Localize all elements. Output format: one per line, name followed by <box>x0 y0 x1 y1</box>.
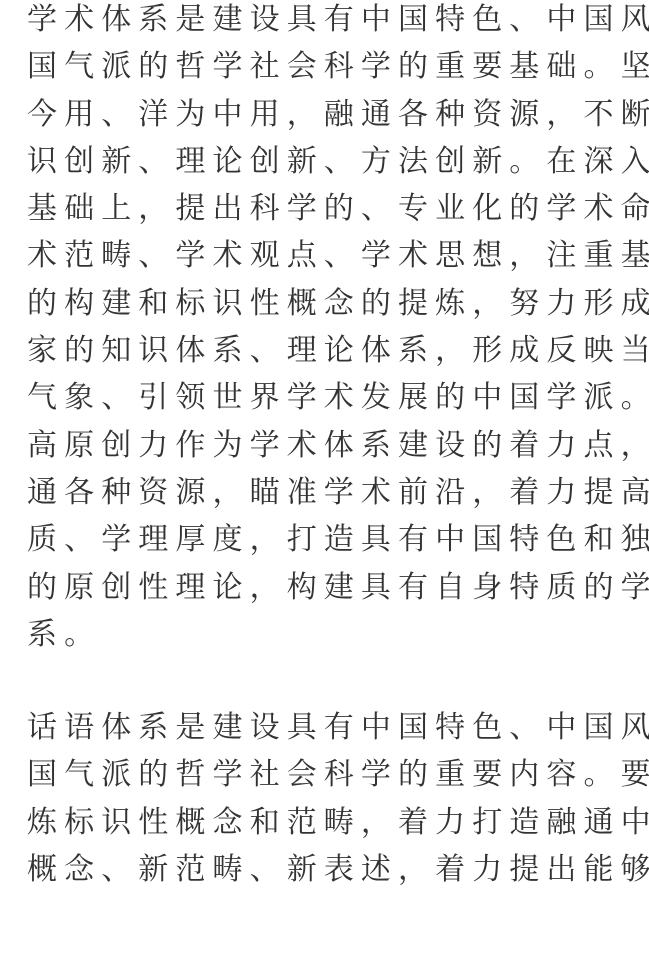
text-line: 炼标识性概念和范畴，着力打造融通中外的新 <box>27 799 627 846</box>
text-line: 基础上，提出科学的、专业化的学术命题、学 <box>27 185 627 232</box>
text-line: 今用、洋为中用，融通各种资源，不断推进知 <box>27 91 627 138</box>
text-line: 概念、新范畴、新表述，着力提出能够体现中 <box>27 846 627 893</box>
text-line: 气象、引领世界学术发展的中国学派。要把提 <box>27 374 627 421</box>
text-line: 术范畴、学术观点、学术思想，注重基本理论 <box>27 232 627 279</box>
text-line: 话语体系是建设具有中国特色、中国风格、中 <box>27 704 627 751</box>
text-line: 的构建和标识性概念的提炼，努力形成自成一 <box>27 280 627 327</box>
article-body: 学术体系是建设具有中国特色、中国风格、中 国气派的哲学社会科学的重要基础。坚持古… <box>27 0 627 939</box>
paragraph-academic-system: 学术体系是建设具有中国特色、中国风格、中 国气派的哲学社会科学的重要基础。坚持古… <box>27 0 627 658</box>
text-line: 系。 <box>27 611 627 658</box>
text-line: 高原创力作为学术体系建设的着力点，善于融 <box>27 422 627 469</box>
text-line: 识创新、理论创新、方法创新。在深入研究的 <box>27 138 627 185</box>
text-line: 国气派的哲学社会科学的重要内容。要善于提 <box>27 751 627 798</box>
text-line: 家的知识体系、理论体系，形成反映当代中国 <box>27 327 627 374</box>
text-line: 的原创性理论，构建具有自身特质的学术体 <box>27 564 627 611</box>
text-line: 质、学理厚度，打造具有中国特色和独特优势 <box>27 516 627 563</box>
text-line: 国气派的哲学社会科学的重要基础。坚持古为 <box>27 43 627 90</box>
paragraph-discourse-system: 话语体系是建设具有中国特色、中国风格、中 国气派的哲学社会科学的重要内容。要善于… <box>27 704 627 893</box>
text-line: 学术体系是建设具有中国特色、中国风格、中 <box>27 0 627 43</box>
text-line: 通各种资源，瞄准学术前沿，着力提高学术品 <box>27 469 627 516</box>
